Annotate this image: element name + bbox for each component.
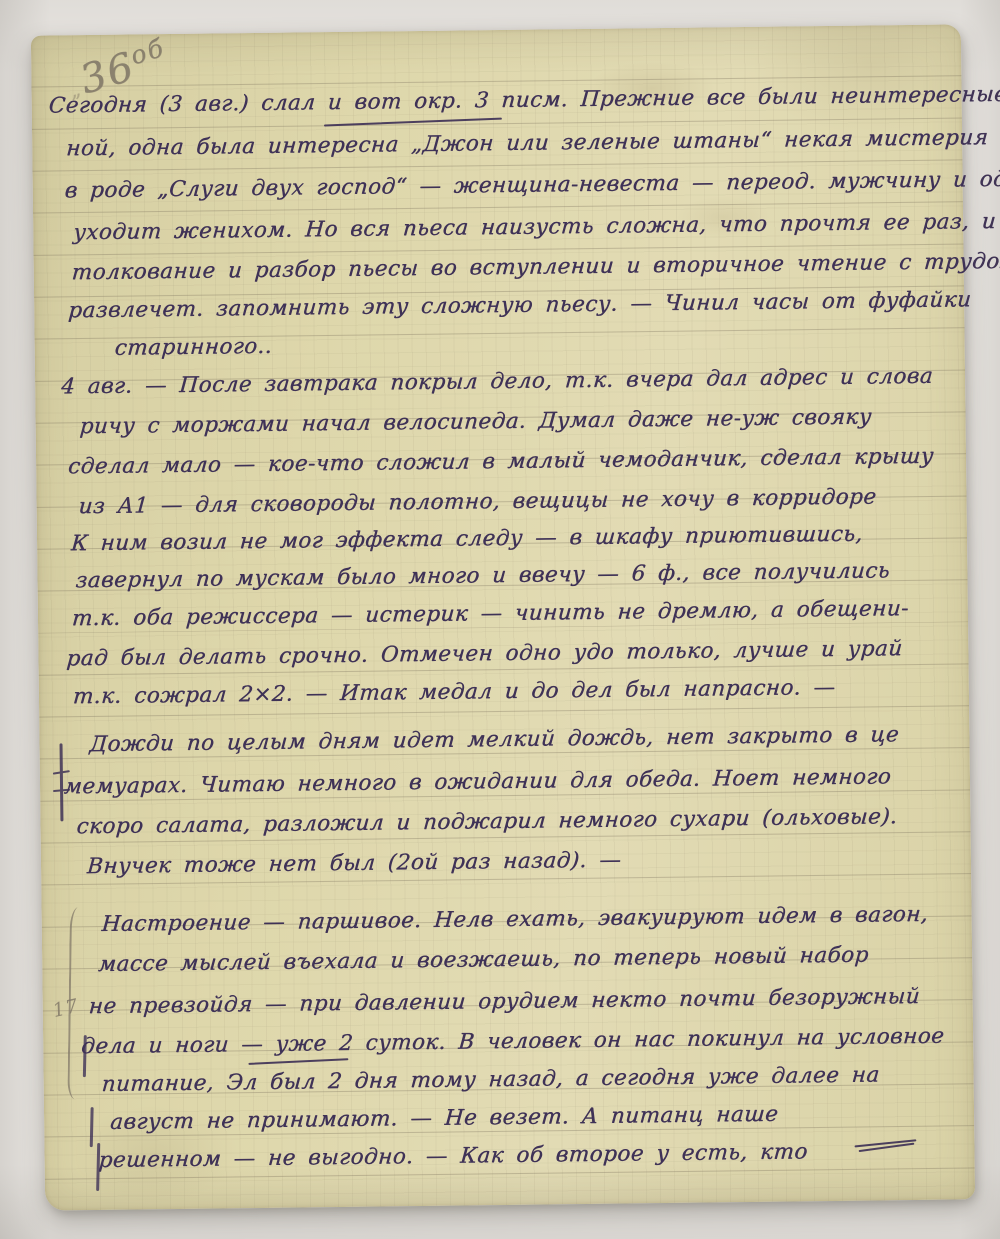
manuscript-line: ричу с моржами начал велосипеда. Думал д…: [79, 402, 873, 442]
manuscript-line: К ним возил не мог эффекта следу — в шка…: [70, 520, 864, 560]
margin-tick-bar: [90, 1107, 94, 1147]
manuscript-line: дела и ноги — уже 2 суток. В человек он …: [80, 1022, 945, 1063]
margin-tick-bar: [96, 1143, 100, 1191]
manuscript-line: скоро салата, разложил и поджарил немног…: [75, 802, 898, 842]
manuscript-line: ной, одна была интересна „Джон или зелен…: [65, 123, 1000, 165]
manuscript-line: развлечет. запомнить эту сложную пьесу. …: [67, 285, 972, 326]
manuscript-line: в роде „Слуги двух господ“ — женщина-нев…: [64, 164, 1000, 207]
manuscript-line: не превзойдя — при давлении орудием нект…: [88, 982, 922, 1022]
manuscript-line: 4 авг. — После завтрака покрыл дело, т.к…: [60, 362, 934, 403]
manuscript-line: сделал мало — кое-что сложил в малый чем…: [67, 442, 935, 483]
margin-tick-bar: [83, 1035, 87, 1077]
ink-underline: [324, 118, 502, 127]
margin-dagger-mark: [60, 743, 64, 821]
manuscript-line: рад был делать срочно. Отмечен одно удо …: [65, 634, 903, 674]
manuscript-line: толкование и разбор пьесы во вступлении …: [71, 247, 1000, 289]
page-number-suffix: об: [127, 33, 168, 71]
manuscript-line: т.к. сожрал 2×2. — Итак медал и до дел б…: [72, 673, 837, 712]
manuscript-line: Сегодня (3 авг.) слал и вот окр. 3 писм.…: [48, 80, 1000, 122]
manuscript-line: уходит женихом. Но вся пьеса наизусть сл…: [72, 205, 1000, 248]
handwriting-layer: Сегодня (3 авг.) слал и вот окр. 3 писм.…: [31, 24, 961, 35]
manuscript-line: Дожди по целым дням идет мелкий дождь, н…: [88, 720, 900, 760]
manuscript-line: Настроение — паршивое. Нелв ехать, эваку…: [101, 900, 930, 940]
manuscript-line: завернул по мускам было много и ввечу — …: [74, 556, 891, 596]
manuscript-line: массе мыслей въехала и воезжаешь, по теп…: [97, 941, 870, 980]
manuscript-line: старинного..: [114, 332, 274, 364]
scanned-page-photo: „36об Сегодня (3 авг.) слал и вот окр. 3…: [0, 0, 1000, 1239]
manuscript-line: август не принимают. — Не везет. А питан…: [109, 1100, 779, 1138]
manuscript-line: из А1 — для сковороды полотно, вещицы не…: [77, 482, 877, 522]
manuscript-line: Внучек тоже нет был (2ой раз назад). —: [86, 846, 623, 883]
paper: „36об Сегодня (3 авг.) слал и вот окр. 3…: [31, 24, 975, 1210]
manuscript-line: решенном — не выгодно. — Как об второе у…: [97, 1137, 808, 1176]
annotation-marks-layer: 17: [31, 24, 961, 35]
manuscript-line: мемуарах. Читаю немного в ожидании для о…: [63, 762, 892, 802]
manuscript-line: т.к. оба режиссера — истерик — чинить не…: [71, 594, 910, 634]
manuscript-line: питание, Эл был 2 дня тому назад, а сего…: [101, 1060, 881, 1100]
